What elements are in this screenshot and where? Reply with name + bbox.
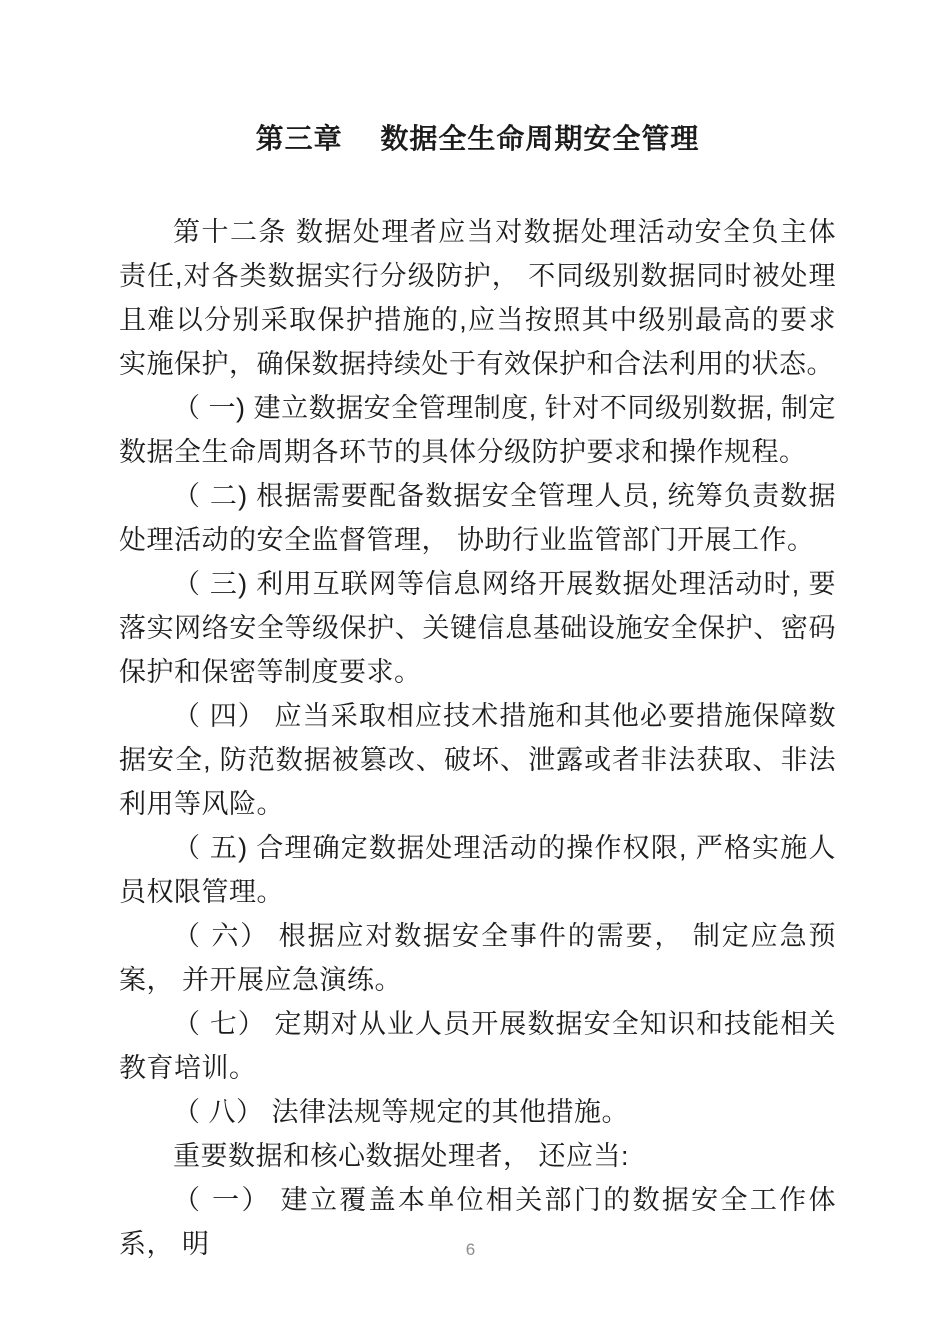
chapter-title: 第三章 数据全生命周期安全管理 [119, 116, 836, 162]
page-number: 6 [0, 1238, 941, 1262]
paragraph-item-2: （ 二) 根据需要配备数据安全管理人员, 统筹负责数据处理活动的安全监督管理， … [119, 474, 836, 562]
document-content: 第三章 数据全生命周期安全管理 第十二条 数据处理者应当对数据处理活动安全负主体… [119, 116, 836, 1266]
paragraph-item-5: （ 五) 合理确定数据处理活动的操作权限, 严格实施人员权限管理。 [119, 826, 836, 914]
paragraph-item-4: （ 四） 应当采取相应技术措施和其他必要措施保障数据安全, 防范数据被篡改、破坏… [119, 694, 836, 826]
paragraph-article-12-intro: 第十二条 数据处理者应当对数据处理活动安全负主体责任,对各类数据实行分级防护， … [119, 210, 836, 386]
paragraph-important-core-intro: 重要数据和核心数据处理者， 还应当: [119, 1134, 836, 1178]
paragraph-item-1: （ 一) 建立数据安全管理制度, 针对不同级别数据, 制定数据全生命周期各环节的… [119, 386, 836, 474]
paragraph-item-8: （ 八） 法律法规等规定的其他措施。 [119, 1090, 836, 1134]
paragraph-item-6: （ 六） 根据应对数据安全事件的需要， 制定应急预案， 并开展应急演练。 [119, 914, 836, 1002]
paragraph-item-7: （ 七） 定期对从业人员开展数据安全知识和技能相关教育培训。 [119, 1002, 836, 1090]
paragraph-item-3: （ 三) 利用互联网等信息网络开展数据处理活动时, 要落实网络安全等级保护、关键… [119, 562, 836, 694]
document-page: 第三章 数据全生命周期安全管理 第十二条 数据处理者应当对数据处理活动安全负主体… [0, 0, 941, 1331]
